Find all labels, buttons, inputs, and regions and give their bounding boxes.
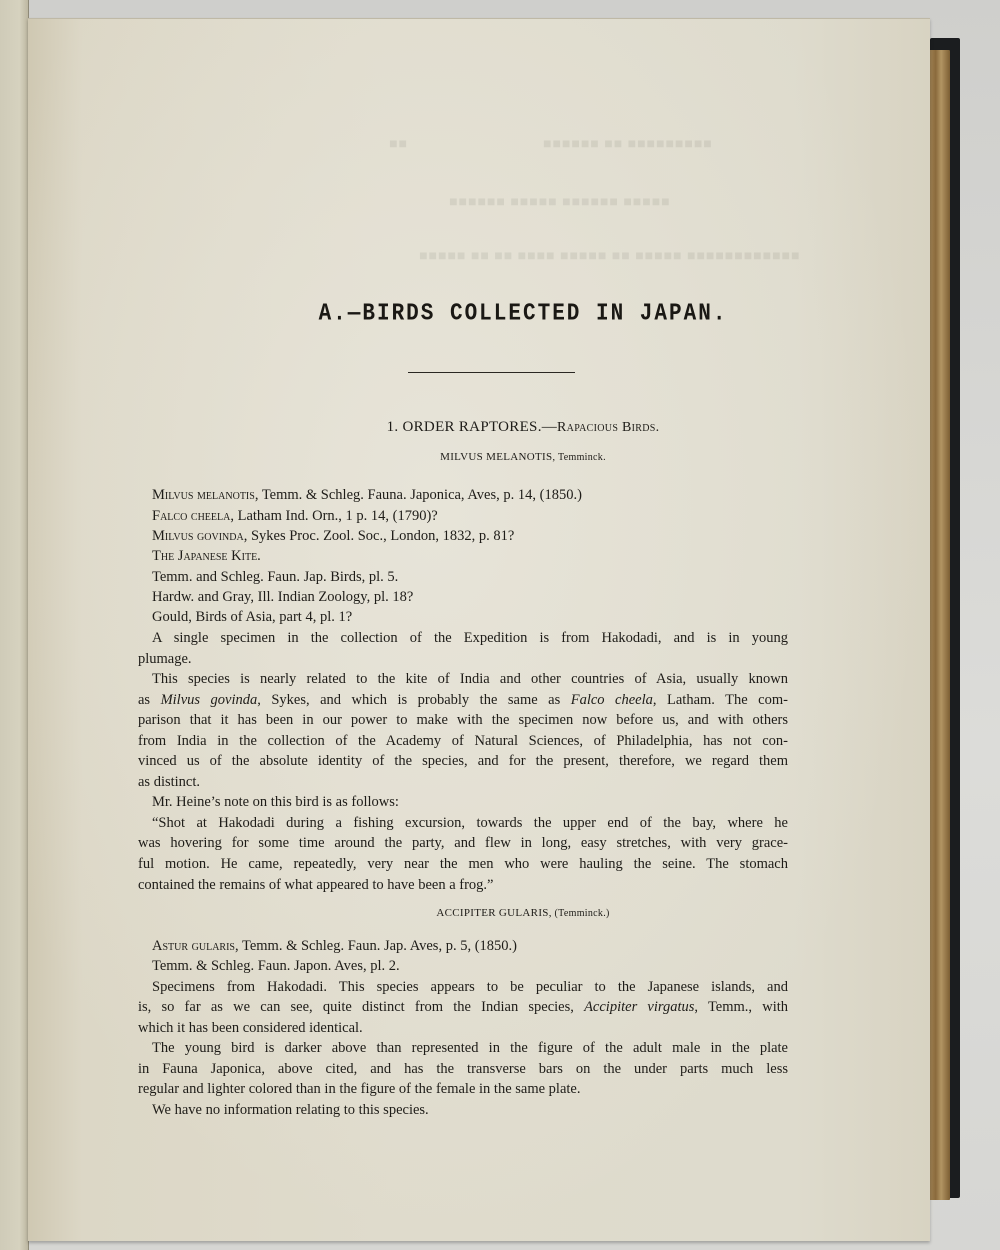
synonym-line: Milvus melanotis, Temm. & Schleg. Fauna.… xyxy=(152,485,582,505)
order-title: 1. ORDER RAPTORES.— xyxy=(387,419,557,435)
synonym-name: Falco cheela xyxy=(152,508,230,524)
body-line: Specimens from Hakodadi. This species ap… xyxy=(152,977,788,997)
synonym-line: Falco cheela, Latham Ind. Orn., 1 p. 14,… xyxy=(152,506,438,526)
synonym-citation: , Sykes Proc. Zool. Soc., London, 1832, … xyxy=(244,528,515,544)
order-heading: 1. ORDER RAPTORES.—Rapacious Birds. xyxy=(138,419,908,436)
body-line: parison that it has been in our power to… xyxy=(138,710,788,730)
quote-line: contained the remains of what appeared t… xyxy=(138,875,494,895)
synonym-line: The Japanese Kite. xyxy=(152,546,261,566)
text-span: , Latham. The com- xyxy=(653,692,788,708)
text-span: is, so far as we can see, quite distinct… xyxy=(138,999,584,1015)
species-author: Temminck. xyxy=(555,452,605,463)
synonym-name: Astur gularis xyxy=(152,938,235,954)
synonym-citation: , Temm. & Schleg. Faun. Jap. Aves, p. 5,… xyxy=(235,938,517,954)
book-page: ■■■■■■■■■ ■■ ■■■■■■ ■■ ■■■■■ ■■■■■■ ■■■■… xyxy=(28,18,930,1241)
body-line: from India in the collection of the Acad… xyxy=(138,731,788,751)
synonym-line: Astur gularis, Temm. & Schleg. Faun. Jap… xyxy=(152,936,517,956)
species-heading: MILVUS MELANOTIS, Temminck. xyxy=(138,451,908,463)
facing-page-edge xyxy=(0,0,29,1250)
page-title: A.—BIRDS COLLECTED IN JAPAN. xyxy=(138,301,908,327)
body-line: The young bird is darker above than repr… xyxy=(152,1038,788,1058)
reference-line: Temm. and Schleg. Faun. Jap. Birds, pl. … xyxy=(152,567,398,587)
body-line: plumage. xyxy=(138,649,192,669)
quote-line: “Shot at Hakodadi during a fishing excur… xyxy=(152,813,788,833)
species-name: ACCIPITER GULARIS, xyxy=(436,907,551,919)
show-through-texture: ■■■■■■■■■■■■ ■■■■■ ■■ ■■■■■ ■■■■ ■■ ■■ ■… xyxy=(418,249,799,265)
title-divider xyxy=(408,372,575,373)
page-edges xyxy=(928,50,950,1200)
species-author: (Temminck.) xyxy=(552,908,610,919)
body-line: regular and lighter colored than in the … xyxy=(138,1079,580,1099)
species-heading: ACCIPITER GULARIS, (Temminck.) xyxy=(138,907,908,919)
italic-species-name: Falco cheela xyxy=(571,692,653,708)
italic-species-name: Accipiter virgatus xyxy=(584,999,694,1015)
show-through-texture: ■■■■■■■■■ ■■ ■■■■■■ ■■ xyxy=(388,137,712,153)
show-through-texture: ■■■■■ ■■■■■■ ■■■■■ ■■■■■■ xyxy=(448,195,670,211)
reference-line: Hardw. and Gray, Ill. Indian Zoology, pl… xyxy=(152,587,413,607)
italic-species-name: Milvus govinda xyxy=(161,692,258,708)
common-name: The Japanese Kite. xyxy=(152,548,261,564)
body-line: This species is nearly related to the ki… xyxy=(152,669,788,689)
species-name: MILVUS MELANOTIS, xyxy=(440,451,555,463)
body-line: Mr. Heine’s note on this bird is as foll… xyxy=(152,792,399,812)
synonym-name: Milvus govinda xyxy=(152,528,244,544)
body-line: A single specimen in the collection of t… xyxy=(152,628,788,648)
text-span: , Temm., with xyxy=(694,999,788,1015)
body-line: We have no information relating to this … xyxy=(152,1100,429,1120)
body-line: in Fauna Japonica, above cited, and has … xyxy=(138,1059,788,1079)
synonym-citation: , Latham Ind. Orn., 1 p. 14, (1790)? xyxy=(230,508,437,524)
synonym-name: Milvus melanotis xyxy=(152,487,255,503)
quote-line: ful motion. He came, repeatedly, very ne… xyxy=(138,854,788,874)
body-line: is, so far as we can see, quite distinct… xyxy=(138,997,788,1017)
text-span: , Sykes, and which is probably the same … xyxy=(257,692,570,708)
body-line: as distinct. xyxy=(138,772,200,792)
body-line: vinced us of the absolute identity of th… xyxy=(138,751,788,771)
reference-line: Temm. & Schleg. Faun. Japon. Aves, pl. 2… xyxy=(152,956,400,976)
quote-line: was hovering for some time around the pa… xyxy=(138,833,788,853)
text-span: as xyxy=(138,692,161,708)
synonym-citation: , Temm. & Schleg. Fauna. Japonica, Aves,… xyxy=(255,487,582,503)
reference-line: Gould, Birds of Asia, part 4, pl. 1? xyxy=(152,607,352,627)
body-line: which it has been considered identical. xyxy=(138,1018,363,1038)
body-line: as Milvus govinda, Sykes, and which is p… xyxy=(138,690,788,710)
synonym-line: Milvus govinda, Sykes Proc. Zool. Soc., … xyxy=(152,526,514,546)
order-subtitle: Rapacious Birds. xyxy=(557,420,659,435)
